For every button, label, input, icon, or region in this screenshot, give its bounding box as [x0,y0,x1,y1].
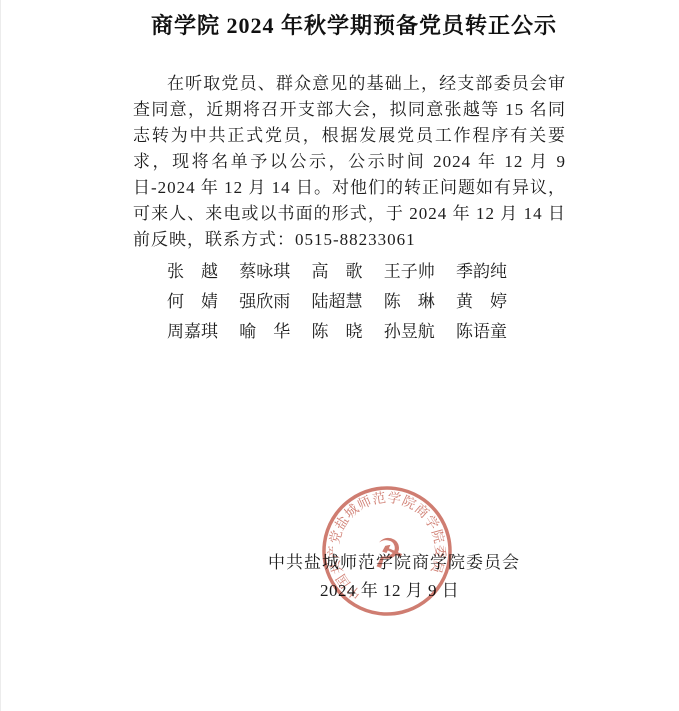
member-name: 蔡咏琪 [239,257,290,287]
member-name: 陆超慧 [312,287,363,317]
member-name: 王子帅 [384,257,435,287]
member-name: 张 越 [167,257,218,287]
member-name: 陈语童 [456,317,507,347]
date-line: 2024 年 12 月 9 日 [320,579,459,603]
member-name: 高 歌 [312,257,363,287]
name-row: 周嘉琪 喻 华 陈 晓 孙昱航 陈语童 [167,317,507,347]
member-name: 陈 琳 [384,287,435,317]
document-page: 商学院 2024 年秋学期预备党员转正公示 在听取党员、群众意见的基础上，经支部… [0,0,679,711]
document-title: 商学院 2024 年秋学期预备党员转正公示 [1,12,679,40]
member-name: 黄 婷 [456,287,507,317]
member-name: 喻 华 [239,317,290,347]
name-list: 张 越 蔡咏琪 高 歌 王子帅 季韵纯 何 婧 强欣雨 陆超慧 陈 琳 黄 婷 … [167,257,507,347]
name-row: 张 越 蔡咏琪 高 歌 王子帅 季韵纯 [167,257,507,287]
member-name: 强欣雨 [239,287,290,317]
announcement-body: 在听取党员、群众意见的基础上，经支部委员会审查同意，近期将召开支部大会，拟同意张… [133,71,566,253]
member-name: 陈 晓 [312,317,363,347]
member-name: 周嘉琪 [167,317,218,347]
member-name: 季韵纯 [456,257,507,287]
signature-line: 中共盐城师范学院商学院委员会 [268,551,520,575]
member-name: 何 婧 [167,287,218,317]
name-row: 何 婧 强欣雨 陆超慧 陈 琳 黄 婷 [167,287,507,317]
member-name: 孙昱航 [384,317,435,347]
